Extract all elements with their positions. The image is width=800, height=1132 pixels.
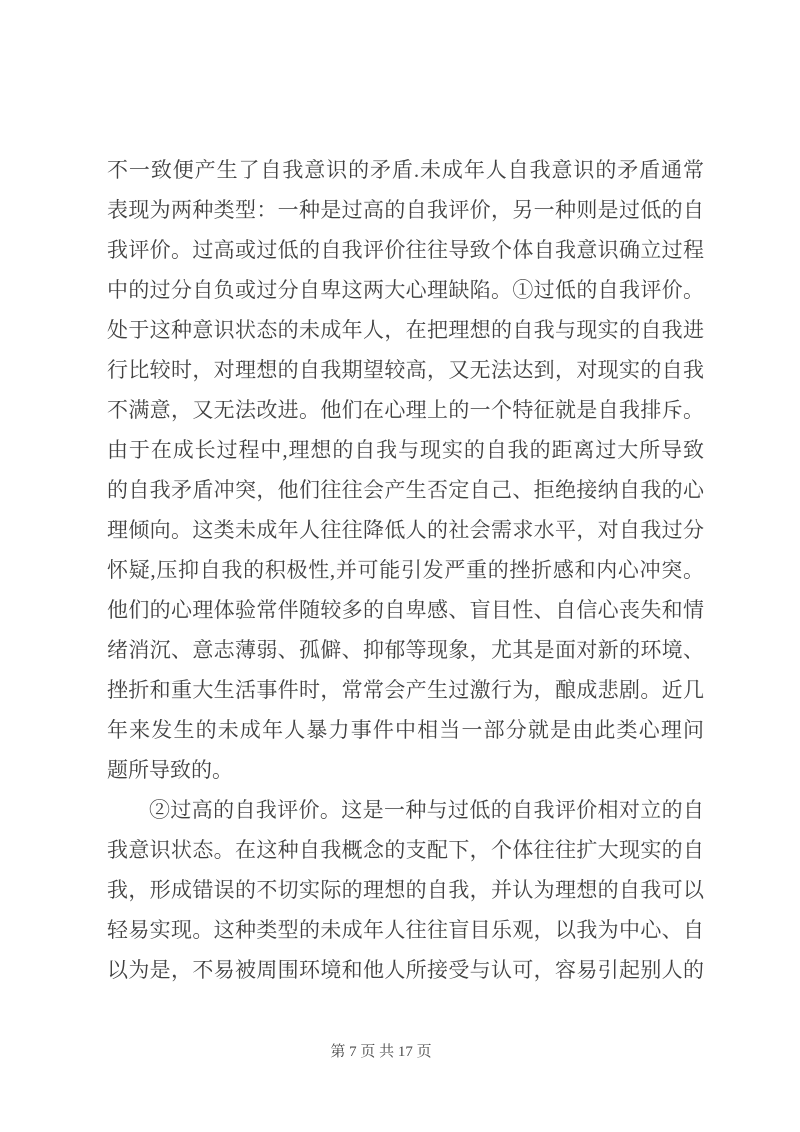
text-line: 他们的心理体验常伴随较多的自卑感、盲目性、自信心丧失和情 bbox=[107, 590, 704, 630]
text-line: 题所导致的。 bbox=[107, 750, 704, 790]
body-text: 不一致便产生了自我意识的矛盾.未成年人自我意识的矛盾通常 表现为两种类型：一种是… bbox=[107, 150, 704, 990]
document-page: 不一致便产生了自我意识的矛盾.未成年人自我意识的矛盾通常 表现为两种类型：一种是… bbox=[0, 0, 800, 1132]
text-line: 中的过分自负或过分自卑这两大心理缺陷。①过低的自我评价。 bbox=[107, 270, 704, 310]
text-line: 年来发生的未成年人暴力事件中相当一部分就是由此类心理问 bbox=[107, 710, 704, 750]
text-line: 我意识状态。在这种自我概念的支配下，个体往往扩大现实的自 bbox=[107, 830, 704, 870]
text-line: 不满意，又无法改进。他们在心理上的一个特征就是自我排斥。 bbox=[107, 390, 704, 430]
text-line: 绪消沉、意志薄弱、孤僻、抑郁等现象，尤其是面对新的环境、 bbox=[107, 630, 704, 670]
text-line: 我，形成错误的不切实际的理想的自我，并认为理想的自我可以 bbox=[107, 870, 704, 910]
page-number-label: 第 7 页 共 17 页 bbox=[330, 1044, 431, 1060]
text-line: 我评价。过高或过低的自我评价往往导致个体自我意识确立过程 bbox=[107, 230, 704, 270]
text-line: 轻易实现。这种类型的未成年人往往盲目乐观，以我为中心、自 bbox=[107, 910, 704, 950]
text-line: 怀疑,压抑自我的积极性,并可能引发严重的挫折感和内心冲突。 bbox=[107, 550, 704, 590]
text-line: 行比较时，对理想的自我期望较高，又无法达到，对现实的自我 bbox=[107, 350, 704, 390]
page-footer: 第 7 页 共 17 页 bbox=[0, 1040, 762, 1064]
text-line: 表现为两种类型：一种是过高的自我评价，另一种则是过低的自 bbox=[107, 190, 704, 230]
text-line: 的自我矛盾冲突，他们往往会产生否定自己、拒绝接纳自我的心 bbox=[107, 470, 704, 510]
text-line: 不一致便产生了自我意识的矛盾.未成年人自我意识的矛盾通常 bbox=[107, 150, 704, 190]
text-line: 挫折和重大生活事件时，常常会产生过激行为，酿成悲剧。近几 bbox=[107, 670, 704, 710]
text-line: 处于这种意识状态的未成年人，在把理想的自我与现实的自我进 bbox=[107, 310, 704, 350]
text-line: 由于在成长过程中,理想的自我与现实的自我的距离过大所导致 bbox=[107, 430, 704, 470]
text-line: 理倾向。这类未成年人往往降低人的社会需求水平，对自我过分 bbox=[107, 510, 704, 550]
text-line: ②过高的自我评价。这是一种与过低的自我评价相对立的自 bbox=[107, 790, 704, 830]
text-line: 以为是，不易被周围环境和他人所接受与认可，容易引起别人的 bbox=[107, 950, 704, 990]
